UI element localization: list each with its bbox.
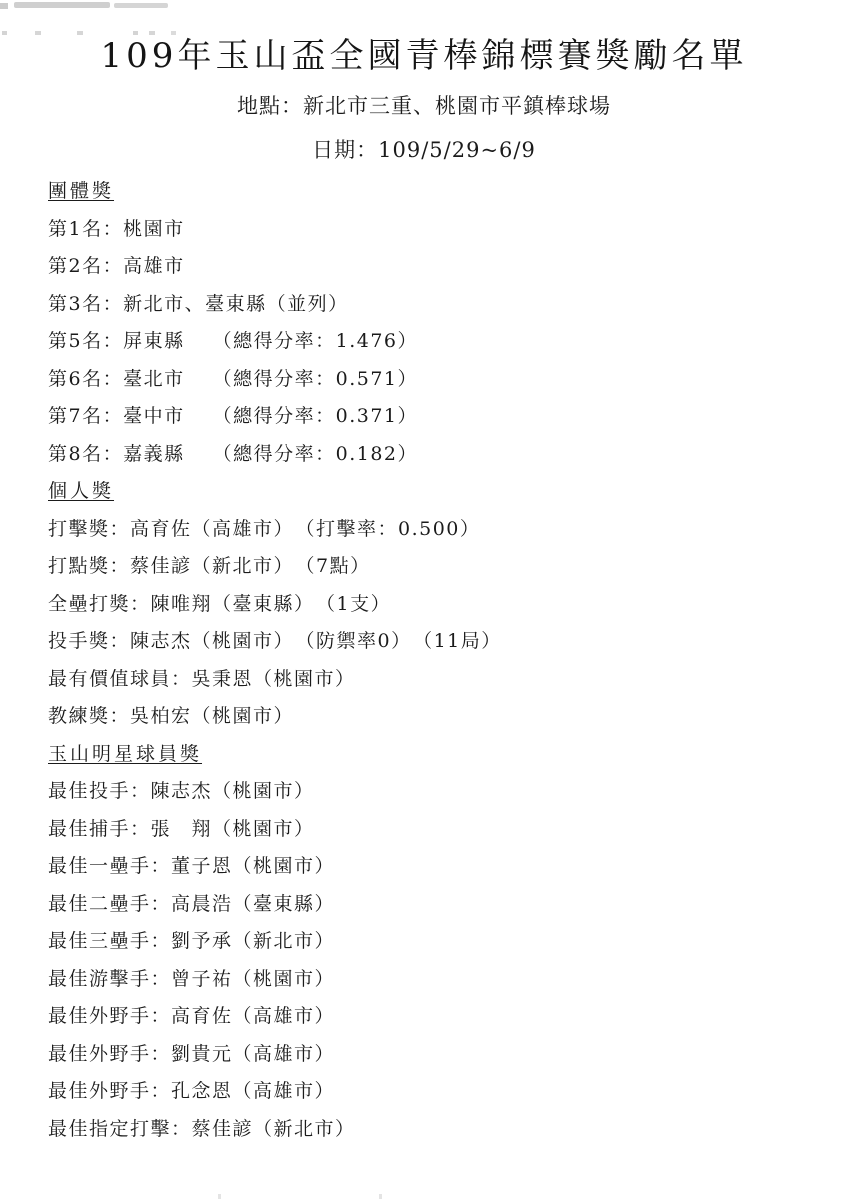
award-line: 最有價值球員：吳秉恩（桃園市）	[48, 669, 800, 690]
scan-artifact	[218, 1194, 221, 1199]
award-line: 第1名：桃園市	[48, 219, 800, 240]
section-team-awards: 團體獎 第1名：桃園市 第2名：高雄市 第3名：新北市、臺東縣（並列） 第5名：…	[48, 181, 800, 465]
team-awards-heading: 團體獎	[48, 181, 800, 202]
award-line: 最佳外野手：孔念恩（高雄市）	[48, 1081, 800, 1102]
sections: 團體獎 第1名：桃園市 第2名：高雄市 第3名：新北市、臺東縣（並列） 第5名：…	[48, 181, 800, 1140]
section-individual-awards: 個人獎 打擊獎：高育佐（高雄市） （打擊率：0.500） 打點獎：蔡佳諺（新北市…	[48, 481, 800, 727]
award-line: 打點獎：蔡佳諺（新北市） （7點）	[48, 556, 800, 577]
date-line: 日期：109/5/29~6/9	[48, 137, 800, 163]
award-line: 打擊獎：高育佐（高雄市） （打擊率：0.500）	[48, 519, 800, 540]
award-line: 教練獎：吳柏宏（桃園市）	[48, 706, 800, 727]
scan-artifact	[379, 1194, 382, 1199]
individual-awards-heading: 個人獎	[48, 481, 800, 502]
document-content: 109年玉山盃全國青棒錦標賽獎勵名單 地點：新北市三重、桃園市平鎮棒球場 日期：…	[0, 0, 848, 1140]
document-page: 109年玉山盃全國青棒錦標賽獎勵名單 地點：新北市三重、桃園市平鎮棒球場 日期：…	[0, 0, 848, 1200]
page-title: 109年玉山盃全國青棒錦標賽獎勵名單	[48, 36, 800, 77]
award-line: 第5名：屏東縣 （總得分率：1.476）	[48, 331, 800, 352]
award-line: 最佳捕手：張 翔（桃園市）	[48, 819, 800, 840]
award-line: 第2名：高雄市	[48, 256, 800, 277]
award-line: 第6名：臺北市 （總得分率：0.571）	[48, 369, 800, 390]
section-allstar-awards: 玉山明星球員獎 最佳投手：陳志杰（桃園市） 最佳捕手：張 翔（桃園市） 最佳一壘…	[48, 744, 800, 1140]
award-line: 最佳二壘手：高晨浩（臺東縣）	[48, 894, 800, 915]
award-line: 最佳外野手：劉貴元（高雄市）	[48, 1044, 800, 1065]
award-line: 投手獎：陳志杰（桃園市） （防禦率0） （11局）	[48, 631, 800, 652]
allstar-awards-heading: 玉山明星球員獎	[48, 744, 800, 765]
award-line: 最佳指定打擊：蔡佳諺（新北市）	[48, 1119, 800, 1140]
award-line: 最佳三壘手：劉予承（新北市）	[48, 931, 800, 952]
location-line: 地點：新北市三重、桃園市平鎮棒球場	[48, 93, 800, 119]
award-line: 第3名：新北市、臺東縣（並列）	[48, 294, 800, 315]
award-line: 全壘打獎：陳唯翔（臺東縣） （1支）	[48, 594, 800, 615]
award-line: 第8名：嘉義縣 （總得分率：0.182）	[48, 444, 800, 465]
award-line: 最佳投手：陳志杰（桃園市）	[48, 781, 800, 802]
award-line: 第7名：臺中市 （總得分率：0.371）	[48, 406, 800, 427]
award-line: 最佳游擊手：曾子祐（桃園市）	[48, 969, 800, 990]
award-line: 最佳外野手：高育佐（高雄市）	[48, 1006, 800, 1027]
award-line: 最佳一壘手：董子恩（桃園市）	[48, 856, 800, 877]
